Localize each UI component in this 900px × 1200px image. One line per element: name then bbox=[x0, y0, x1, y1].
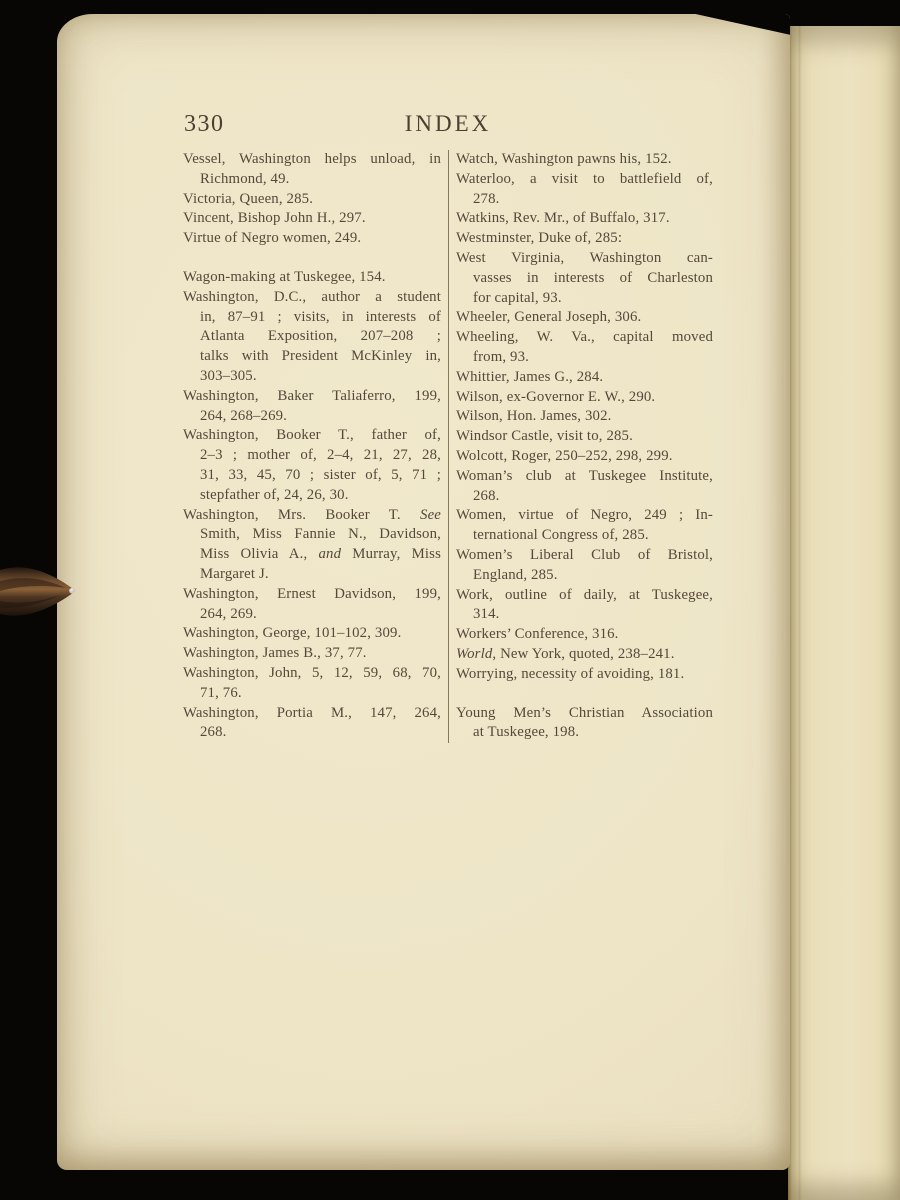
index-entry-line: Virtue of Negro women, 249. bbox=[183, 229, 441, 249]
index-entry-line: Smith, Miss Fannie N., Davidson, bbox=[183, 525, 441, 545]
index-entry-line: Work, outline of daily, at Tuskegee, bbox=[456, 586, 713, 606]
index-entry-line: 303–305. bbox=[183, 367, 441, 387]
index-entry-line: Wolcott, Roger, 250–252, 298, 299. bbox=[456, 447, 713, 467]
index-entry-line: World, New York, quoted, 238–241. bbox=[456, 645, 713, 665]
index-entry: Whittier, James G., 284. bbox=[456, 368, 713, 388]
index-entry-line: Vincent, Bishop John H., 297. bbox=[183, 209, 441, 229]
index-entry-line: Waterloo, a visit to battlefield of, bbox=[456, 170, 713, 190]
index-entry-line: vasses in interests of Charleston bbox=[456, 269, 713, 289]
page-corner-shadow bbox=[691, 14, 790, 35]
index-entry-line: Workers’ Conference, 316. bbox=[456, 625, 713, 645]
index-entry: Wilson, ex-Governor E. W., 290. bbox=[456, 388, 713, 408]
index-entry-line: Vessel, Washington helps unload, in bbox=[183, 150, 441, 170]
index-entry-line: Washington, Baker Taliaferro, 199, bbox=[183, 387, 441, 407]
index-entry: Washington, Mrs. Booker T. SeeSmith, Mis… bbox=[183, 506, 441, 585]
index-entry-line: 268. bbox=[183, 723, 441, 743]
index-entry-line: Margaret J. bbox=[183, 565, 441, 585]
column-divider-rule bbox=[448, 150, 450, 743]
index-entry: Wagon-making at Tuskegee, 154. bbox=[183, 268, 441, 288]
index-entry-line: talks with President McKinley in, bbox=[183, 347, 441, 367]
index-entry: Victoria, Queen, 285. bbox=[183, 190, 441, 210]
index-entry: Washington, John, 5, 12, 59, 68, 70,71, … bbox=[183, 664, 441, 704]
index-entry-line: England, 285. bbox=[456, 566, 713, 586]
index-entry: Women, virtue of Negro, 249 ; In-ternati… bbox=[456, 506, 713, 546]
page-title: INDEX bbox=[183, 111, 713, 137]
pen-nib bbox=[0, 561, 82, 623]
right-column: Watch, Washington pawns his, 152.Waterlo… bbox=[456, 150, 713, 743]
index-entry-line: 264, 269. bbox=[183, 605, 441, 625]
index-entry: Vessel, Washington helps unload, inRichm… bbox=[183, 150, 441, 190]
index-entry: Washington, James B., 37, 77. bbox=[183, 644, 441, 664]
index-entry-line: Washington, Booker T., father of, bbox=[183, 426, 441, 446]
index-entry: Women’s Liberal Club of Bristol,England,… bbox=[456, 546, 713, 586]
book-photo-scene: 330 INDEX Vessel, Washington helps unloa… bbox=[0, 0, 900, 1200]
book-page: 330 INDEX Vessel, Washington helps unloa… bbox=[57, 14, 790, 1170]
index-entry-line: Women, virtue of Negro, 249 ; In- bbox=[456, 506, 713, 526]
index-entry: Washington, Booker T., father of,2–3 ; m… bbox=[183, 426, 441, 505]
index-entry-line: Washington, Ernest Davidson, 199, bbox=[183, 585, 441, 605]
index-entry-line: in, 87–91 ; visits, in interests of bbox=[183, 308, 441, 328]
index-entry: Vincent, Bishop John H., 297. bbox=[183, 209, 441, 229]
index-entry-line: Westminster, Duke of, 285: bbox=[456, 229, 713, 249]
index-entry: Wheeling, W. Va., capital movedfrom, 93. bbox=[456, 328, 713, 368]
index-entry: West Virginia, Washington can-vasses in … bbox=[456, 249, 713, 308]
index-entry: Washington, D.C., author a studentin, 87… bbox=[183, 288, 441, 387]
index-entry-line: Worrying, necessity of avoiding, 181. bbox=[456, 665, 713, 685]
index-entry-line: Wheeler, General Joseph, 306. bbox=[456, 308, 713, 328]
index-entry-line: 314. bbox=[456, 605, 713, 625]
index-entry: Woman’s club at Tuskegee Institute,268. bbox=[456, 467, 713, 507]
index-entry-line: Washington, Mrs. Booker T. See bbox=[183, 506, 441, 526]
index-entry: Washington, George, 101–102, 309. bbox=[183, 624, 441, 644]
index-entry-line: from, 93. bbox=[456, 348, 713, 368]
index-entry-line: Windsor Castle, visit to, 285. bbox=[456, 427, 713, 447]
index-entry: Worrying, necessity of avoiding, 181. bbox=[456, 665, 713, 685]
index-entry-line: Washington, George, 101–102, 309. bbox=[183, 624, 441, 644]
index-entry-line: 31, 33, 45, 70 ; sister of, 5, 71 ; bbox=[183, 466, 441, 486]
index-entry: Young Men’s Christian Associationat Tusk… bbox=[456, 704, 713, 744]
index-entry-line: Wagon-making at Tuskegee, 154. bbox=[183, 268, 441, 288]
index-entry-line: 264, 268–269. bbox=[183, 407, 441, 427]
left-column: Vessel, Washington helps unload, inRichm… bbox=[183, 150, 441, 743]
index-entry: Washington, Portia M., 147, 264,268. bbox=[183, 704, 441, 744]
index-entry: Work, outline of daily, at Tuskegee,314. bbox=[456, 586, 713, 626]
index-entry-line: Miss Olivia A., and Murray, Miss bbox=[183, 545, 441, 565]
index-entry-line: Whittier, James G., 284. bbox=[456, 368, 713, 388]
index-entry-line: Wilson, Hon. James, 302. bbox=[456, 407, 713, 427]
index-entry-line: Woman’s club at Tuskegee Institute, bbox=[456, 467, 713, 487]
index-entry-line: Victoria, Queen, 285. bbox=[183, 190, 441, 210]
index-entry-line: 268. bbox=[456, 487, 713, 507]
index-entry-line: at Tuskegee, 198. bbox=[456, 723, 713, 743]
index-entry-line: for capital, 93. bbox=[456, 289, 713, 309]
index-entry: Waterloo, a visit to battlefield of,278. bbox=[456, 170, 713, 210]
index-entry-line: Watch, Washington pawns his, 152. bbox=[456, 150, 713, 170]
index-entry: Watch, Washington pawns his, 152. bbox=[456, 150, 713, 170]
index-entry-line: Washington, Portia M., 147, 264, bbox=[183, 704, 441, 724]
index-entry-line: Washington, D.C., author a student bbox=[183, 288, 441, 308]
index-entry-line: Young Men’s Christian Association bbox=[456, 704, 713, 724]
page-header: 330 INDEX bbox=[183, 111, 713, 143]
index-entry: Wilson, Hon. James, 302. bbox=[456, 407, 713, 427]
index-entry: Virtue of Negro women, 249. bbox=[183, 229, 441, 249]
index-entry: Washington, Baker Taliaferro, 199,264, 2… bbox=[183, 387, 441, 427]
index-entry-line: Watkins, Rev. Mr., of Buffalo, 317. bbox=[456, 209, 713, 229]
index-entry: Westminster, Duke of, 285: bbox=[456, 229, 713, 249]
index-columns: Vessel, Washington helps unload, inRichm… bbox=[183, 150, 713, 743]
index-entry-line: Atlanta Exposition, 207–208 ; bbox=[183, 327, 441, 347]
book-fore-edge bbox=[788, 26, 900, 1200]
index-entry: Watkins, Rev. Mr., of Buffalo, 317. bbox=[456, 209, 713, 229]
index-entry: Wheeler, General Joseph, 306. bbox=[456, 308, 713, 328]
index-entry-line: Wheeling, W. Va., capital moved bbox=[456, 328, 713, 348]
index-entry: Workers’ Conference, 316. bbox=[456, 625, 713, 645]
index-entry-line: Richmond, 49. bbox=[183, 170, 441, 190]
index-entry-line: Washington, James B., 37, 77. bbox=[183, 644, 441, 664]
index-entry-line: 2–3 ; mother of, 2–4, 21, 27, 28, bbox=[183, 446, 441, 466]
index-entry: World, New York, quoted, 238–241. bbox=[456, 645, 713, 665]
index-entry-line: ternational Congress of, 285. bbox=[456, 526, 713, 546]
index-entry-line: West Virginia, Washington can- bbox=[456, 249, 713, 269]
index-entry: Wolcott, Roger, 250–252, 298, 299. bbox=[456, 447, 713, 467]
index-entry: Windsor Castle, visit to, 285. bbox=[456, 427, 713, 447]
index-entry-line: Women’s Liberal Club of Bristol, bbox=[456, 546, 713, 566]
index-entry-line: Washington, John, 5, 12, 59, 68, 70, bbox=[183, 664, 441, 684]
index-entry: Washington, Ernest Davidson, 199,264, 26… bbox=[183, 585, 441, 625]
index-entry-line: Wilson, ex-Governor E. W., 290. bbox=[456, 388, 713, 408]
index-entry-line: 71, 76. bbox=[183, 684, 441, 704]
index-entry-line: 278. bbox=[456, 190, 713, 210]
index-entry-line: stepfather of, 24, 26, 30. bbox=[183, 486, 441, 506]
